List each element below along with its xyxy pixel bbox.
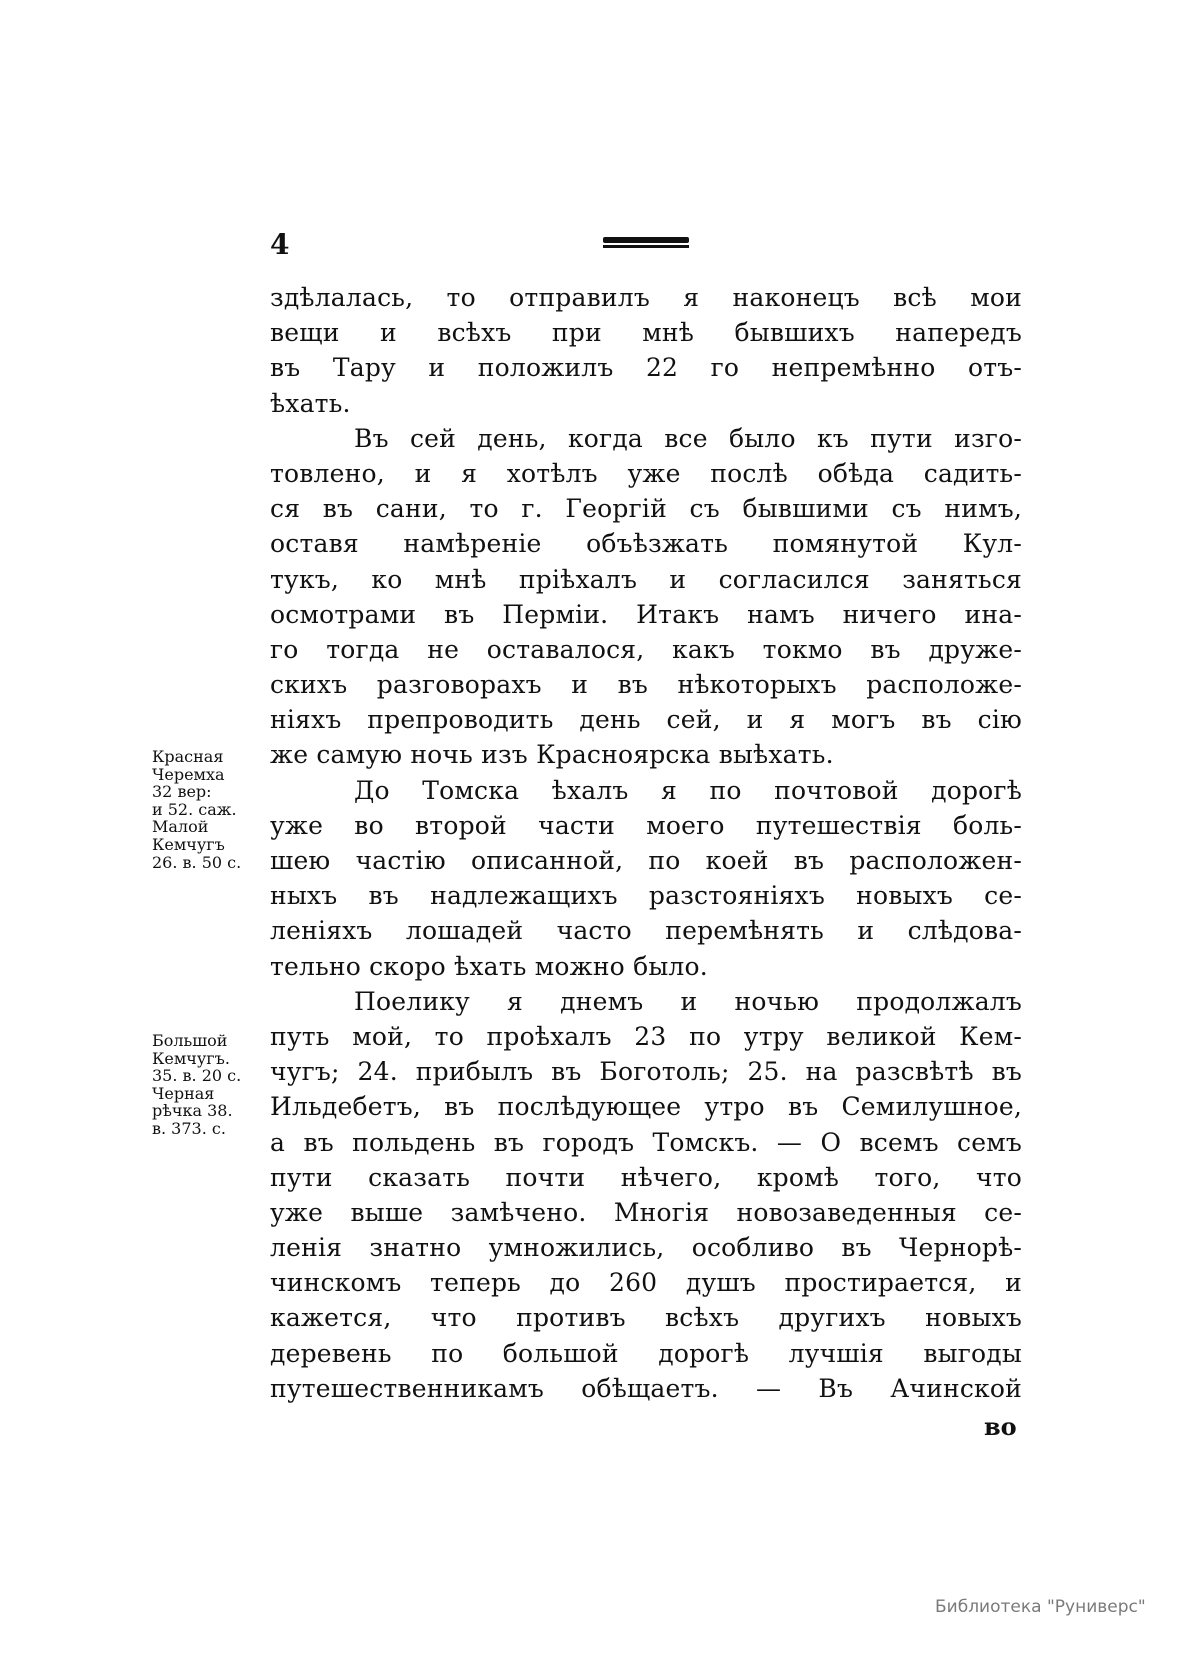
text-line: осмотрами въ Перміи. Итакъ намъ ничего и…: [270, 597, 1022, 632]
text-line: скихъ разговорахъ и въ нѣкоторыхъ распол…: [270, 667, 1022, 702]
text-line: тукъ, ко мнѣ пріѣхалъ и согласился занят…: [270, 562, 1022, 597]
margin-note-line: Большой: [152, 1032, 270, 1050]
text-line: ленія знатно умножились, особливо въ Чер…: [270, 1230, 1022, 1265]
text-line: оставя намѣреніе объѣзжать помянутой Кул…: [270, 526, 1022, 561]
text-line: а въ польдень въ городъ Томскъ. — О всем…: [270, 1125, 1022, 1160]
text-line: чинскомъ теперь до 260 душъ простирается…: [270, 1265, 1022, 1300]
margin-note-line: 35. в. 20 с.: [152, 1067, 270, 1085]
margin-note-line: 32 вер:: [152, 783, 270, 801]
text-line: вещи и всѣхъ при мнѣ бывшихъ напередъ: [270, 315, 1022, 350]
text-line: чугъ; 24. прибылъ въ Боготоль; 25. на ра…: [270, 1054, 1022, 1089]
margin-note-line: Малой: [152, 818, 270, 836]
margin-note-line: Черная: [152, 1085, 270, 1103]
margin-note-line: в. 373. с.: [152, 1120, 270, 1138]
text-line: ніяхъ препроводить день сей, и я могъ въ…: [270, 702, 1022, 737]
rule-thick: [603, 237, 689, 243]
text-line: въ Тару и положилъ 22 го непремѣнно отъ-: [270, 350, 1022, 385]
text-line: Въ сей день, когда все было къ пути изго…: [270, 421, 1022, 456]
body-text: здѣлалась, то отправилъ я наконецъ всѣ м…: [270, 280, 1022, 1406]
margin-note-line: рѣчка 38.: [152, 1102, 270, 1120]
text-line: шею частію описанной, по коей въ располо…: [270, 843, 1022, 878]
margin-note-line: и 52. саж.: [152, 801, 270, 819]
text-line: ныхъ въ надлежащихъ разстояніяхъ новыхъ …: [270, 878, 1022, 913]
text-line: леніяхъ лошадей часто перемѣнять и слѣдо…: [270, 913, 1022, 948]
text-line: го тогда не оставалося, какъ токмо въ др…: [270, 632, 1022, 667]
margin-note-line: Черемха: [152, 766, 270, 784]
text-line: кажется, что противъ всѣхъ другихъ новых…: [270, 1300, 1022, 1335]
library-watermark: Библиотека "Руниверс": [935, 1597, 1146, 1617]
text-line: ѣхать.: [270, 386, 1022, 421]
text-line: До Томска ѣхалъ я по почтовой дорогѣ: [270, 773, 1022, 808]
text-line: уже во второй части моего путешествія бо…: [270, 808, 1022, 843]
header-ornament-rule: [603, 237, 689, 249]
margin-note-krasnaya-cheremkha: КраснаяЧеремха32 вер:и 52. саж.МалойКемч…: [152, 748, 270, 871]
rule-thin: [603, 245, 689, 248]
margin-note-line: 26. в. 50 с.: [152, 854, 270, 872]
text-line: тельно скоро ѣхать можно было.: [270, 949, 1022, 984]
margin-note-bolshoy-kemchug: БольшойКемчугъ.35. в. 20 с.Чернаярѣчка 3…: [152, 1032, 270, 1138]
text-line: путешественникамъ обѣщаетъ. — Въ Ачинско…: [270, 1371, 1022, 1406]
text-line: товлено, и я хотѣлъ уже послѣ обѣда сади…: [270, 456, 1022, 491]
page-number: 4: [270, 228, 289, 261]
margin-note-line: Кемчугъ: [152, 836, 270, 854]
text-line: ся въ сани, то г. Георгій съ бывшими съ …: [270, 491, 1022, 526]
text-line: уже выше замѣчено. Многія новозаведенныя…: [270, 1195, 1022, 1230]
text-line: пути сказать почти нѣчего, кромѣ того, ч…: [270, 1160, 1022, 1195]
text-line: Поелику я днемъ и ночью продолжалъ: [270, 984, 1022, 1019]
margin-note-line: Кемчугъ.: [152, 1050, 270, 1068]
margin-note-line: Красная: [152, 748, 270, 766]
text-line: Ильдебетъ, въ послѣдующее утро въ Семилу…: [270, 1089, 1022, 1124]
text-line: деревень по большой дорогѣ лучшія выгоды: [270, 1336, 1022, 1371]
text-line: же самую ночь изъ Красноярска выѣхать.: [270, 737, 1022, 772]
text-line: здѣлалась, то отправилъ я наконецъ всѣ м…: [270, 280, 1022, 315]
text-line: путь мой, то проѣхалъ 23 по утру великой…: [270, 1019, 1022, 1054]
catchword: во: [984, 1412, 1017, 1441]
